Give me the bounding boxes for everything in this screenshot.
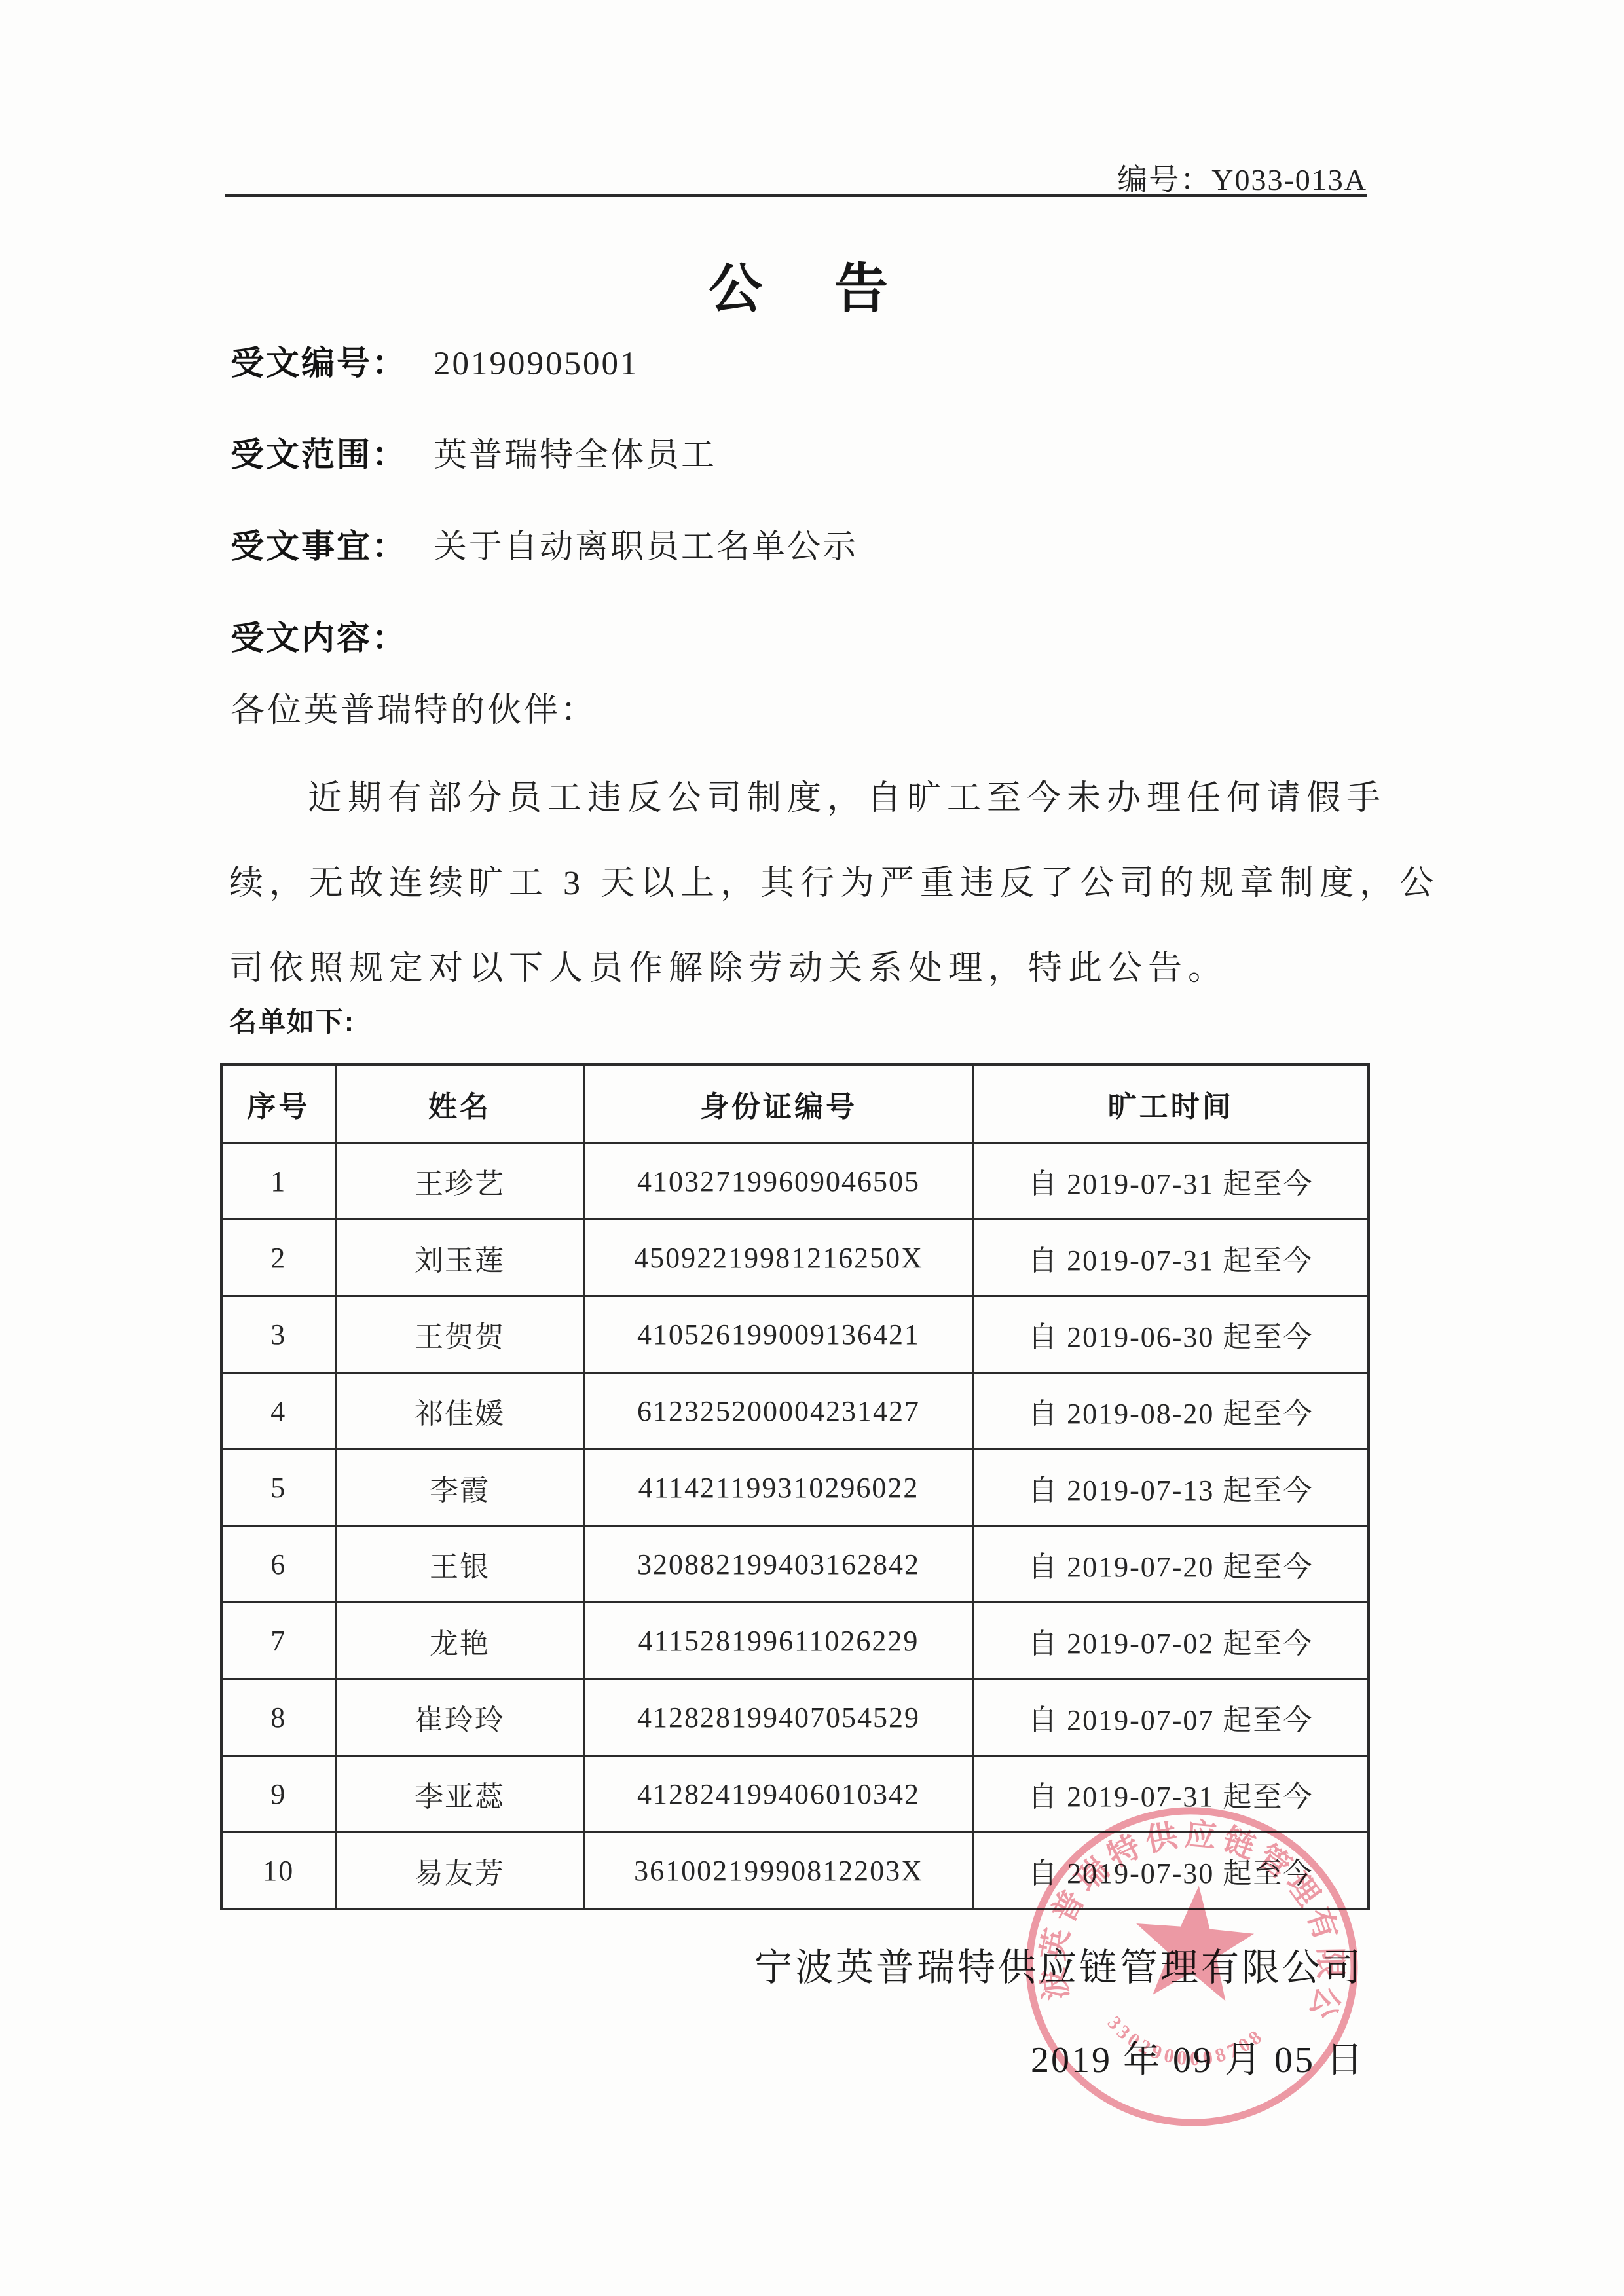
field-scope: 受文范围：英普瑞特全体员工 xyxy=(231,428,716,476)
body-paragraph-line: 司依照规定对以下人员作解除劳动关系处理，特此公告。 xyxy=(229,940,1228,989)
table-row: 4祁佳媛612325200004231427自 2019-08-20 起至今 xyxy=(221,1373,1369,1449)
table-cell: 411528199611026229 xyxy=(584,1603,973,1679)
table-header-row: 序号 姓名 身份证编号 旷工时间 xyxy=(221,1065,1369,1143)
table-cell: 2 xyxy=(221,1220,335,1296)
table-row: 8崔玲玲412828199407054529自 2019-07-07 起至今 xyxy=(221,1679,1369,1756)
table-cell: 8 xyxy=(221,1679,335,1756)
table-cell: 自 2019-07-07 起至今 xyxy=(973,1679,1369,1756)
field-value: 英普瑞特全体员工 xyxy=(434,437,716,474)
table-cell: 王银 xyxy=(335,1526,584,1603)
table-cell: 1 xyxy=(221,1143,335,1220)
field-subject: 受文事宜：关于自动离职员工名单公示 xyxy=(231,519,858,568)
table-cell: 410526199009136421 xyxy=(584,1296,973,1373)
table-header: 序号 姓名 身份证编号 旷工时间 xyxy=(221,1065,1369,1143)
field-doc-id: 受文编号：20190905001 xyxy=(231,336,639,384)
table-row: 2刘玉莲45092219981216250X自 2019-07-31 起至今 xyxy=(221,1220,1369,1296)
col-header-seq: 序号 xyxy=(221,1065,335,1143)
table-cell: 9 xyxy=(221,1756,335,1832)
table-cell: 410327199609046505 xyxy=(584,1143,973,1220)
table-cell: 5 xyxy=(221,1449,335,1526)
col-header-time: 旷工时间 xyxy=(973,1065,1369,1143)
table-cell: 王珍艺 xyxy=(335,1143,584,1220)
field-label: 受文事宜： xyxy=(231,529,407,566)
signature-date: 2019 年 09 月 05 日 xyxy=(1031,2031,1365,2083)
table-cell: 10 xyxy=(221,1832,335,1910)
field-label: 受文内容： xyxy=(231,621,407,657)
doc-number: 编号：Y033-013A xyxy=(1117,156,1367,199)
header-rule xyxy=(225,194,1367,197)
table-cell: 自 2019-07-20 起至今 xyxy=(973,1526,1369,1603)
table-body: 1王珍艺410327199609046505自 2019-07-31 起至今2刘… xyxy=(221,1143,1369,1910)
table-cell: 自 2019-07-31 起至今 xyxy=(973,1220,1369,1296)
table-cell: 自 2019-07-13 起至今 xyxy=(973,1449,1369,1526)
table-cell: 崔玲玲 xyxy=(335,1679,584,1756)
table-row: 5李霞411421199310296022自 2019-07-13 起至今 xyxy=(221,1449,1369,1526)
page-title: 公 告 xyxy=(0,246,1606,323)
table-cell: 36100219990812203X xyxy=(584,1832,973,1910)
table-cell: 自 2019-07-02 起至今 xyxy=(973,1603,1369,1679)
table-row: 10易友芳36100219990812203X自 2019-07-30 起至今 xyxy=(221,1832,1369,1910)
table-cell: 龙艳 xyxy=(335,1603,584,1679)
table-row: 6王银320882199403162842自 2019-07-20 起至今 xyxy=(221,1526,1369,1603)
table-cell: 自 2019-06-30 起至今 xyxy=(973,1296,1369,1373)
table-cell: 刘玉莲 xyxy=(335,1220,584,1296)
table-cell: 自 2019-07-31 起至今 xyxy=(973,1143,1369,1220)
table-cell: 4 xyxy=(221,1373,335,1449)
field-label: 受文范围： xyxy=(231,437,407,474)
table-cell: 6 xyxy=(221,1526,335,1603)
table-cell: 易友芳 xyxy=(335,1832,584,1910)
col-header-name: 姓名 xyxy=(335,1065,584,1143)
field-value: 20190905001 xyxy=(434,346,639,382)
announcement-page: 编号：Y033-013A 公 告 受文编号：20190905001 受文范围：英… xyxy=(0,0,1624,2296)
table-cell: 祁佳媛 xyxy=(335,1373,584,1449)
table-cell: 自 2019-07-31 起至今 xyxy=(973,1756,1369,1832)
col-header-id: 身份证编号 xyxy=(584,1065,973,1143)
company-signature: 宁波英普瑞特供应链管理有限公司 xyxy=(754,1937,1363,1992)
list-note: 名单如下: xyxy=(229,1000,355,1040)
table-row: 7龙艳411528199611026229自 2019-07-02 起至今 xyxy=(221,1603,1369,1679)
body-paragraph-line: 续，无故连续旷工 3 天以上，其行为严重违反了公司的规章制度，公 xyxy=(229,855,1439,904)
table-cell: 王贺贺 xyxy=(335,1296,584,1373)
table-cell: 7 xyxy=(221,1603,335,1679)
table-cell: 自 2019-07-30 起至今 xyxy=(973,1832,1369,1910)
field-value: 关于自动离职员工名单公示 xyxy=(434,529,858,566)
field-content: 受文内容： xyxy=(231,611,434,659)
table-cell: 412828199407054529 xyxy=(584,1679,973,1756)
table-cell: 320882199403162842 xyxy=(584,1526,973,1603)
body-paragraph-line: 近期有部分员工违反公司制度，自旷工至今未办理任何请假手 xyxy=(308,770,1386,819)
table-row: 9李亚蕊412824199406010342自 2019-07-31 起至今 xyxy=(221,1756,1369,1832)
table-cell: 412824199406010342 xyxy=(584,1756,973,1832)
salutation: 各位英普瑞特的伙伴： xyxy=(231,682,597,731)
table-cell: 612325200004231427 xyxy=(584,1373,973,1449)
table-cell: 411421199310296022 xyxy=(584,1449,973,1526)
table-cell: 自 2019-08-20 起至今 xyxy=(973,1373,1369,1449)
table-cell: 李亚蕊 xyxy=(335,1756,584,1832)
table-row: 1王珍艺410327199609046505自 2019-07-31 起至今 xyxy=(221,1143,1369,1220)
field-label: 受文编号： xyxy=(231,346,407,382)
table-cell: 李霞 xyxy=(335,1449,584,1526)
table-row: 3王贺贺410526199009136421自 2019-06-30 起至今 xyxy=(221,1296,1369,1373)
table-cell: 3 xyxy=(221,1296,335,1373)
absentee-table: 序号 姓名 身份证编号 旷工时间 1王珍艺410327199609046505自… xyxy=(220,1063,1370,1910)
table-cell: 45092219981216250X xyxy=(584,1220,973,1296)
